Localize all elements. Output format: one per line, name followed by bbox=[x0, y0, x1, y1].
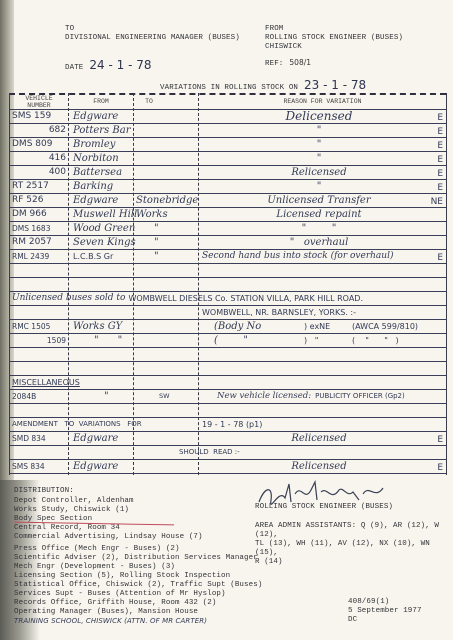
to-text: " bbox=[154, 251, 159, 262]
reason: " bbox=[199, 151, 439, 165]
reason: " overhaul bbox=[199, 235, 439, 249]
reason-caps: PUBLICITY OFFICER (Gp2) bbox=[315, 392, 405, 400]
vehicle-number: SMS 159 bbox=[12, 109, 66, 123]
from-depot: Norbiton bbox=[73, 151, 119, 165]
to-depot: SW bbox=[159, 389, 170, 403]
ex-depot: ) exNE bbox=[304, 322, 352, 331]
to-text: " bbox=[154, 223, 159, 234]
reason: " bbox=[199, 123, 439, 137]
date-row: DATE 24 - 1 - 78 bbox=[65, 58, 152, 73]
admin-line: R (14) bbox=[255, 558, 453, 567]
table-top-border bbox=[9, 93, 446, 95]
vehicle-number: DMS 809 bbox=[12, 137, 66, 151]
vehicle-number: RML 2439 bbox=[12, 249, 66, 263]
distribution-item: Operating Manager (Buses), Mansion House bbox=[14, 608, 262, 617]
vehicle-number-text: 2084B bbox=[12, 392, 36, 401]
reason-text: " bbox=[317, 125, 322, 136]
sold-note-hand: Unlicensed buses sold to bbox=[12, 293, 125, 303]
to-text: Stonebridge bbox=[136, 195, 198, 206]
to-value: DIVISIONAL ENGINEERING MANAGER (BUSES) bbox=[65, 34, 240, 43]
reason: Relicensed bbox=[199, 431, 439, 445]
from-label: FROM bbox=[265, 25, 403, 34]
vehicle-number-text: DMS 1683 bbox=[12, 224, 50, 233]
from-text: Seven Kings bbox=[73, 237, 136, 248]
reason-text: Relicensed bbox=[291, 461, 346, 472]
code-text: E bbox=[437, 141, 443, 151]
admin-assistants: AREA ADMIN ASSISTANTS: Q (9), AR (12), W… bbox=[255, 522, 453, 567]
vehicle-number-text: SMS 159 bbox=[12, 111, 51, 121]
code-text: E bbox=[437, 113, 443, 123]
from-depot: Potters Bar bbox=[73, 123, 130, 137]
ex-depot: ) " bbox=[304, 336, 352, 345]
col-header-to: TO bbox=[134, 98, 164, 105]
should-read: SHOULD READ :- bbox=[179, 445, 240, 459]
from-value: ROLLING STOCK ENGINEER (BUSES) bbox=[265, 34, 403, 43]
row-divider bbox=[9, 403, 446, 404]
distribution-item: Central Record, Room 34 bbox=[14, 524, 262, 533]
from-depot: Edgware bbox=[73, 193, 118, 207]
code-text: NE bbox=[431, 197, 443, 207]
distribution-item: TRAINING SCHOOL, CHISWICK (ATTN. OF MR C… bbox=[14, 617, 262, 626]
amendment-date: 19 - 1 - 78 (p1) bbox=[202, 417, 262, 431]
from-text: " bbox=[104, 391, 109, 402]
from-depot: Edgware bbox=[73, 459, 118, 473]
from-depot: L.C.B.S Gr bbox=[73, 249, 113, 263]
to-depot: " bbox=[154, 235, 159, 249]
from-depot: " " bbox=[94, 333, 122, 347]
misc-heading: MISCELLANEOUS bbox=[12, 375, 80, 389]
to-label: TO bbox=[65, 25, 240, 34]
should-read-text: SHOULD READ :- bbox=[179, 448, 240, 456]
code-text: E bbox=[437, 155, 443, 165]
awca-ref: ( " " ) bbox=[352, 336, 399, 345]
to-block: TO DIVISIONAL ENGINEERING MANAGER (BUSES… bbox=[65, 25, 240, 43]
to-depot: " bbox=[154, 221, 159, 235]
ref-label: REF: bbox=[265, 60, 283, 69]
body-number: ( " bbox=[214, 335, 304, 346]
reason: Unlicensed Transfer bbox=[199, 193, 439, 207]
to-text: SW bbox=[159, 392, 170, 400]
to-depot: Works bbox=[136, 207, 168, 221]
reason-text: " bbox=[317, 153, 322, 164]
vehicle-number-text: DMS 809 bbox=[12, 139, 52, 149]
reason: " " bbox=[199, 221, 439, 235]
from-text: Edgware bbox=[73, 461, 118, 472]
vehicle-number: 400 bbox=[12, 165, 66, 179]
vehicle-number-text: 416 bbox=[49, 153, 66, 163]
reason-text: " " bbox=[302, 223, 337, 234]
from-depot: Seven Kings bbox=[73, 235, 136, 249]
awca-ref: (AWCA 599/810) bbox=[352, 322, 418, 331]
distribution-item: Mech Engr (Development - Buses) (3) bbox=[14, 563, 262, 572]
row-divider bbox=[9, 347, 446, 348]
ref-row: REF: 508/1 bbox=[265, 58, 311, 69]
date-value: 24 - 1 - 78 bbox=[89, 58, 151, 72]
reason: " bbox=[199, 179, 439, 193]
reason: Second hand bus into stock (for overhaul… bbox=[202, 249, 417, 263]
reason-text: " bbox=[317, 181, 322, 192]
from-text: Wood Green bbox=[73, 223, 135, 234]
distribution-heading: DISTRIBUTION: bbox=[14, 487, 262, 496]
form-date: 5 September 1977 bbox=[348, 607, 422, 616]
row-divider bbox=[9, 277, 446, 278]
sold-note-town: WOMBWELL, NR. BARNSLEY, YORKS. :- bbox=[202, 308, 356, 317]
from-text: Works GY bbox=[73, 321, 122, 332]
distribution-item: Commercial Advertising, Lindsay House (7… bbox=[14, 533, 262, 542]
vehicle-number-text: RMC 1505 bbox=[12, 322, 50, 331]
amendment-date-text: 19 - 1 - 78 (p1) bbox=[202, 420, 262, 429]
vehicle-number: 2084B bbox=[12, 389, 66, 403]
code: E bbox=[421, 461, 443, 475]
from-text: Edgware bbox=[73, 433, 118, 444]
vehicle-number: RM 2057 bbox=[12, 235, 66, 249]
from-depot: " bbox=[104, 389, 109, 403]
table-right-border bbox=[446, 93, 447, 475]
vehicle-number: SMS 834 bbox=[12, 459, 66, 473]
vehicle-number: DMS 1683 bbox=[12, 221, 66, 235]
sold-note-line2: WOMBWELL, NR. BARNSLEY, YORKS. :- bbox=[202, 305, 356, 319]
from-text: Bromley bbox=[73, 139, 115, 150]
col-header-vehicle-line1: VEHICLE bbox=[11, 95, 67, 102]
vehicle-number-text: RML 2439 bbox=[12, 252, 49, 261]
vehicle-number: 682 bbox=[12, 123, 66, 137]
from-text: Edgware bbox=[73, 111, 118, 122]
distribution-item: Licensing Section (5), Rolling Stock Ins… bbox=[14, 572, 262, 581]
reason: New vehicle licensed: PUBLICITY OFFICER … bbox=[217, 389, 445, 403]
vehicle-number: DM 966 bbox=[12, 207, 66, 221]
amendment-label-text: AMENDMENT TO VARIATIONS FOR bbox=[12, 420, 142, 428]
from-text: Potters Bar bbox=[73, 125, 130, 136]
col-header-vehicle: VEHICLE NUMBER bbox=[11, 95, 67, 109]
document-title: VARIATIONS IN ROLLING STOCK ON 23 - 1 - … bbox=[160, 78, 366, 93]
reason: Delicensed bbox=[199, 109, 439, 123]
reason-hand: New vehicle licensed: bbox=[217, 391, 311, 401]
vehicle-number: 416 bbox=[12, 151, 66, 165]
distribution-list: DISTRIBUTION: Depot Controller, Aldenham… bbox=[14, 487, 262, 626]
title-date: 23 - 1 - 78 bbox=[304, 78, 366, 92]
reason: Relicensed bbox=[199, 165, 439, 179]
from-text: L.C.B.S Gr bbox=[73, 252, 113, 261]
reason: ( " ) " ( " " ) bbox=[214, 333, 444, 347]
col-header-vehicle-line2: NUMBER bbox=[11, 102, 67, 109]
reason-text: Second hand bus into stock (for overhaul… bbox=[202, 251, 393, 261]
code-text: E bbox=[437, 435, 443, 445]
date-label: DATE bbox=[65, 64, 83, 73]
col-header-from: FROM bbox=[69, 98, 133, 105]
signed-by: ROLLING STOCK ENGINEER (BUSES) bbox=[255, 503, 393, 512]
row-divider bbox=[9, 473, 446, 474]
from-text: Battersea bbox=[73, 167, 122, 178]
form-reference: 408/69(1) 5 September 1977 DC bbox=[348, 598, 422, 625]
code: E bbox=[421, 433, 443, 447]
vehicle-number-text: 682 bbox=[49, 125, 66, 135]
misc-heading-text: MISCELLANEOUS bbox=[12, 378, 80, 387]
from-depot: Edgware bbox=[73, 431, 118, 445]
vehicle-number: RMC 1505 bbox=[12, 319, 66, 333]
to-text: " bbox=[154, 237, 159, 248]
distribution-item: Works Study, Chiswick (1) bbox=[14, 506, 262, 515]
code-text: E bbox=[437, 169, 443, 179]
reason: Licensed repaint bbox=[199, 207, 439, 221]
col-header-reason: REASON FOR VARIATION bbox=[199, 98, 446, 105]
distribution-item: Press Office (Mech Engr - Buses) (2) bbox=[14, 545, 262, 554]
from-text: Norbiton bbox=[73, 153, 119, 164]
row-divider bbox=[9, 361, 446, 362]
ref-value: 508/1 bbox=[289, 58, 311, 67]
from-depot: Barking bbox=[73, 179, 113, 193]
from-depot: Wood Green bbox=[73, 221, 135, 235]
distribution-item: Scientific Adviser (2), Distribution Ser… bbox=[14, 554, 262, 563]
reason-text: Unlicensed Transfer bbox=[267, 195, 370, 206]
to-depot: " bbox=[154, 249, 159, 263]
code-text: E bbox=[437, 127, 443, 137]
row-divider bbox=[9, 263, 446, 264]
from-location: CHISWICK bbox=[265, 43, 403, 52]
vehicle-number: RF 526 bbox=[12, 193, 66, 207]
vehicle-number-text: SMD 834 bbox=[12, 434, 46, 443]
from-text: Muswell Hill bbox=[73, 209, 137, 220]
from-text: Edgware bbox=[73, 195, 118, 206]
to-text: Works bbox=[136, 209, 168, 220]
sold-note: Unlicensed buses sold to WOMBWELL DIESEL… bbox=[12, 291, 444, 305]
to-depot: Stonebridge bbox=[136, 193, 198, 207]
amendment-label: AMENDMENT TO VARIATIONS FOR bbox=[12, 417, 142, 431]
from-text: Barking bbox=[73, 181, 113, 192]
from-depot: Bromley bbox=[73, 137, 115, 151]
admin-line: AREA ADMIN ASSISTANTS: Q (9), AR (12), W… bbox=[255, 522, 453, 540]
code-text: E bbox=[437, 463, 443, 473]
vehicle-number-text: 400 bbox=[49, 167, 66, 177]
reason-text: " overhaul bbox=[290, 237, 349, 248]
form-number: 408/69(1) bbox=[348, 598, 422, 607]
distribution-item: Services Supt - Buses (Attention of Mr H… bbox=[14, 590, 262, 599]
vehicle-number-text: RF 526 bbox=[12, 195, 43, 205]
table-left-border bbox=[9, 93, 10, 475]
from-depot: Works GY bbox=[73, 319, 122, 333]
body-number: (Body No bbox=[214, 321, 304, 332]
vehicle-number-text: SMS 834 bbox=[12, 462, 45, 471]
reason: Relicensed bbox=[199, 459, 439, 473]
distribution-item: Records Office, Griffith House, Room 432… bbox=[14, 599, 262, 608]
from-text: " " bbox=[94, 335, 122, 346]
reason-text: Relicensed bbox=[291, 433, 346, 444]
from-depot: Battersea bbox=[73, 165, 122, 179]
vehicle-number: RT 2517 bbox=[12, 179, 66, 193]
code-text: E bbox=[437, 183, 443, 193]
distribution-item: Statistical Office, Chiswick (2), Traffi… bbox=[14, 581, 262, 590]
reason: (Body No ) exNE (AWCA 599/810) bbox=[214, 319, 444, 333]
title-label: VARIATIONS IN ROLLING STOCK ON bbox=[160, 84, 298, 93]
reason-text: " bbox=[317, 139, 322, 150]
reason: " bbox=[199, 137, 439, 151]
reason-text: Delicensed bbox=[286, 109, 353, 123]
reason-text: Relicensed bbox=[291, 167, 346, 178]
form-initials: DC bbox=[348, 616, 422, 625]
code: E bbox=[421, 251, 443, 265]
vehicle-number-text: RM 2057 bbox=[12, 237, 52, 247]
from-depot: Edgware bbox=[73, 109, 118, 123]
vehicle-number: SMD 834 bbox=[12, 431, 66, 445]
vehicle-number: 1509 bbox=[12, 333, 66, 347]
reason-text: Licensed repaint bbox=[276, 209, 361, 220]
vehicle-number-text: RT 2517 bbox=[12, 181, 49, 191]
admin-line: TL (13), WH (11), AV (12), NX (10), WN (… bbox=[255, 540, 453, 558]
distribution-item: Depot Controller, Aldenham bbox=[14, 497, 262, 506]
sold-note-address: WOMBWELL DIESELS Co. STATION VILLA, PARK… bbox=[128, 294, 363, 303]
code-text: E bbox=[437, 253, 443, 263]
variations-table: VEHICLE NUMBER FROM TO REASON FOR VARIAT… bbox=[9, 93, 446, 483]
vehicle-number-text: 1509 bbox=[47, 336, 66, 345]
from-block: FROM ROLLING STOCK ENGINEER (BUSES) CHIS… bbox=[265, 25, 403, 52]
vehicle-number-text: DM 966 bbox=[12, 209, 47, 219]
from-depot: Muswell Hill bbox=[73, 207, 137, 221]
